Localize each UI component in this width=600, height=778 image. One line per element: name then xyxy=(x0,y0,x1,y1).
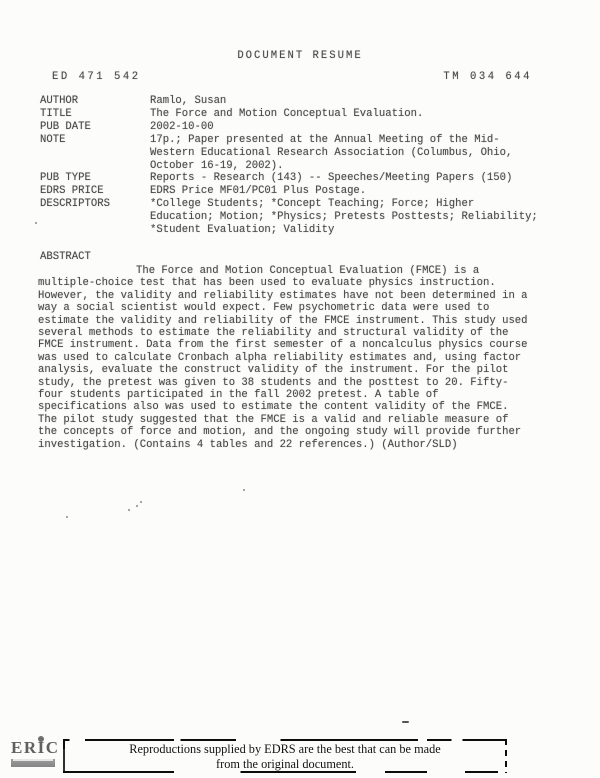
scan-speck xyxy=(66,516,68,518)
bibliographic-fields: AUTHOR Ramlo, Susan TITLE The Force and … xyxy=(40,95,556,237)
field-row-descriptors: DESCRIPTORS *College Students; *Concept … xyxy=(40,198,556,237)
field-label: EDRS PRICE xyxy=(40,185,150,198)
field-value: Ramlo, Susan xyxy=(150,95,556,108)
field-row-pub-type: PUB TYPE Reports - Research (143) -- Spe… xyxy=(40,172,556,185)
field-value: *College Students; *Concept Teaching; Fo… xyxy=(150,198,556,237)
scan-mark xyxy=(402,721,409,723)
field-label: PUB TYPE xyxy=(40,172,150,185)
id-number-row: ED 471 542 TM 034 644 xyxy=(52,71,532,83)
edrs-notice-line1: Reproductions supplied by EDRS are the b… xyxy=(63,742,507,757)
eric-logo-banner-text-blur xyxy=(13,759,53,761)
field-row-title: TITLE The Force and Motion Conceptual Ev… xyxy=(40,108,556,121)
field-label: DESCRIPTORS xyxy=(40,198,150,211)
field-value: Reports - Research (143) -- Speeches/Mee… xyxy=(150,172,556,185)
field-label: PUB DATE xyxy=(40,121,150,134)
field-row-author: AUTHOR Ramlo, Susan xyxy=(40,95,556,108)
field-row-pub-date: PUB DATE 2002-10-00 xyxy=(40,121,556,134)
document-page: DOCUMENT RESUME ED 471 542 TM 034 644 AU… xyxy=(0,0,600,778)
scan-speck xyxy=(243,489,245,491)
abstract-body: The Force and Motion Conceptual Evaluati… xyxy=(38,265,556,451)
field-value: EDRS Price MF01/PC01 Plus Postage. xyxy=(150,185,556,198)
eric-logo-lamp-icon xyxy=(38,736,44,742)
document-resume-header: DOCUMENT RESUME xyxy=(0,50,600,62)
scan-speck xyxy=(140,501,142,503)
eric-logo-text: ERIC xyxy=(11,740,57,756)
scan-speck xyxy=(35,222,37,224)
field-value: The Force and Motion Conceptual Evaluati… xyxy=(150,108,556,121)
field-value: 17p.; Paper presented at the Annual Meet… xyxy=(150,134,556,173)
notice-box-border-top xyxy=(63,739,507,741)
eric-accession-number: ED 471 542 xyxy=(52,71,141,83)
edrs-notice-line2: from the original document. xyxy=(63,757,507,772)
edrs-notice-box: Reproductions supplied by EDRS are the b… xyxy=(63,739,507,773)
field-row-edrs-price: EDRS PRICE EDRS Price MF01/PC01 Plus Pos… xyxy=(40,185,556,198)
field-row-note: NOTE 17p.; Paper presented at the Annual… xyxy=(40,134,556,173)
field-label: TITLE xyxy=(40,108,150,121)
field-value: 2002-10-00 xyxy=(150,121,556,134)
eric-logo-banner xyxy=(11,759,55,767)
abstract-heading: ABSTRACT xyxy=(40,251,91,263)
notice-box-border-right xyxy=(505,739,507,773)
field-label: NOTE xyxy=(40,134,150,147)
notice-box-border-bottom xyxy=(63,771,507,773)
scan-speck xyxy=(136,505,138,507)
eric-logo: ERIC xyxy=(11,740,57,767)
notice-box-border-left xyxy=(63,739,65,773)
field-label: AUTHOR xyxy=(40,95,150,108)
scan-speck xyxy=(128,509,130,511)
clearinghouse-number: TM 034 644 xyxy=(443,71,532,83)
